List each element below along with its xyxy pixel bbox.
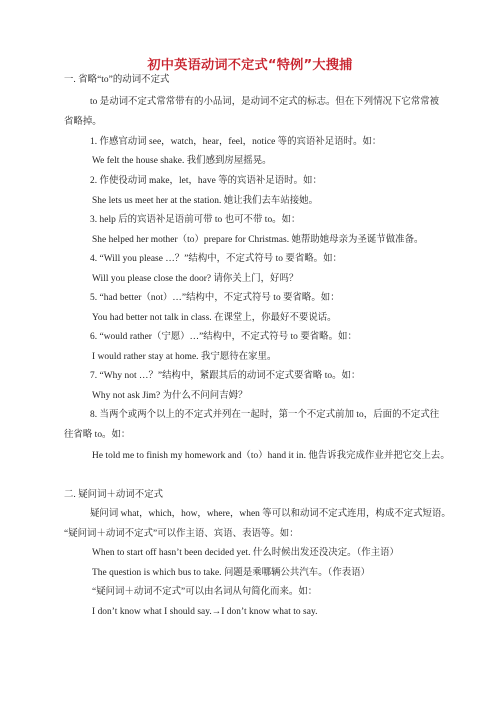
section-2-heading: 二. 疑问词＋动词不定式 (64, 489, 163, 501)
example-3: She helped her mother（to）prepare for Chr… (92, 234, 423, 246)
rule-4: 4. “Will you please …？”结构中，不定式符号 to 要省略。… (90, 253, 342, 265)
section-2-final-example: I don’t know what I should say.→I don’t … (92, 606, 317, 618)
section-2-example-2: The question is which bus to take. 问题是乘哪… (92, 567, 370, 579)
document-title: 初中英语动词不定式“特例”大搜捕 (0, 54, 500, 73)
example-1: We felt the house shake. 我们感到房屋摇晃。 (92, 155, 272, 167)
example-5: You had better not talk in class. 在课堂上，你… (92, 312, 337, 324)
section-1-intro-line-1: to 是动词不定式常常带有的小品词，是动词不定式的标志。但在下列情况下它常常被 (90, 96, 439, 108)
section-1-intro-line-2: 省略掉。 (64, 116, 102, 128)
rule-8: 8. 当两个或两个以上的不定式并列在一起时，第一个不定式前加 to，后面的不定式… (90, 409, 439, 421)
section-1-heading: 一. 省略“to”的动词不定式 (64, 74, 169, 86)
section-2-note: “疑问词＋动词不定式”可以由名词从句简化而来。如： (92, 586, 317, 598)
section-2-example-1: When to start off hasn’t been decided ye… (92, 547, 399, 559)
rule-6: 6. “would rather（宁愿）…”结构中，不定式符号 to 要省略。如… (90, 331, 357, 343)
rule-5: 5. “had better（not）…”结构中，不定式符号 to 要省略。如： (90, 292, 340, 304)
rule-7: 7. “Why not …？”结构中，紧跟其后的动词不定式要省略 to。如： (90, 370, 360, 382)
section-2-intro-line-2: “疑问词＋动词不定式”可以作主语、宾语、表语等。如： (64, 528, 299, 540)
example-4: Will you please close the door? 请你关上门，好吗… (92, 273, 298, 285)
example-2: She lets us meet her at the station. 她让我… (92, 195, 318, 207)
rule-8-continued: 往省略 to。如： (64, 429, 130, 441)
example-8: He told me to finish my homework and（to）… (92, 450, 450, 462)
rule-3: 3. help 后的宾语补足语前可带 to 也可不带 to。如： (90, 214, 300, 226)
rule-2: 2. 作使役动词 make，let，have 等的宾语补足语时。如： (90, 175, 322, 187)
example-7: Why not ask Jim? 为什么不问问吉姆？ (92, 390, 247, 402)
document-page: 初中英语动词不定式“特例”大搜捕 一. 省略“to”的动词不定式 to 是动词不… (0, 0, 500, 708)
rule-1: 1. 作感官动词 see，watch，hear，feel，notice 等的宾语… (90, 136, 381, 148)
example-6: I would rather stay at home. 我宁愿待在家里。 (92, 351, 276, 363)
section-2-intro-line-1: 疑问词 what，which，how，where，when 等可以和动词不定式连… (90, 508, 451, 520)
